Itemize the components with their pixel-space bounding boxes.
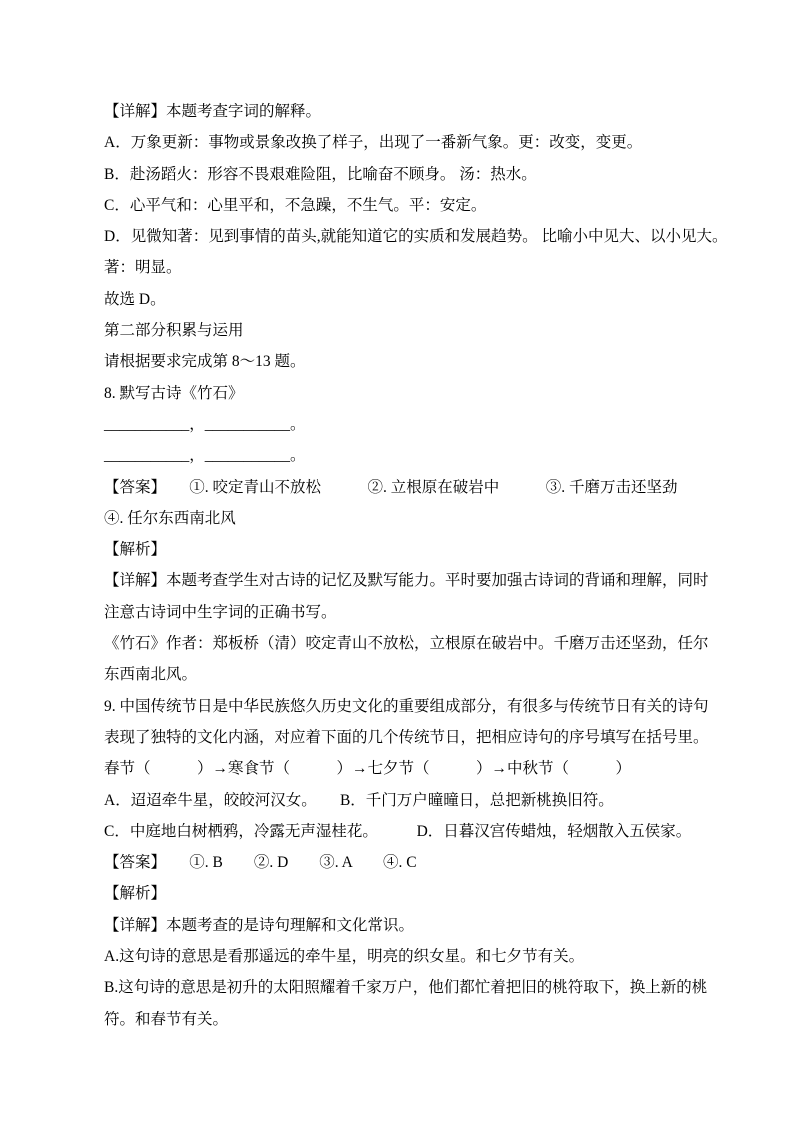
section2-instruction: 请根据要求完成第 8～13 题。 — [104, 346, 750, 377]
q9-analysis-label: 【解析】 — [104, 878, 750, 909]
q9-answer-line: 【答案】 ①. B ②. D ③. A ④. C — [104, 847, 750, 878]
q8-detail-line-2: 注意古诗词中生字词的正确书写。 — [104, 597, 750, 628]
q8-detail-line-1: 【详解】本题考查学生对古诗的记忆及默写能力。平时要加强古诗词的背诵和理解，同时 — [104, 565, 750, 596]
q8-analysis-label: 【解析】 — [104, 534, 750, 565]
q8-answer-line-1: 【答案】 ①. 咬定青山不放松 ②. 立根原在破岩中 ③. 千磨万击还坚劲 — [104, 472, 750, 503]
q9-detail-intro-line: 【详解】本题考查的是诗句理解和文化常识。 — [104, 910, 750, 941]
q9-options-cd-line: C．中庭地白树栖鸦，冷露无声湿桂花。 D．日暮汉宫传蜡烛，轻烟散入五侯家。 — [104, 816, 750, 847]
q9-explain-a-line: A.这句诗的意思是看那遥远的牵牛星，明亮的织女星。和七夕节有关。 — [104, 941, 750, 972]
q8-blank-line-2: ___________，___________。 — [104, 440, 750, 471]
document-page: 【详解】本题考查字词的解释。 A．万象更新：事物或景象改换了样子，出现了一番新气… — [0, 0, 794, 1123]
q7-option-b-line: B．赴汤蹈火：形容不畏艰难险阻，比喻奋不顾身。 汤：热水。 — [104, 159, 750, 190]
q7-detail-intro-line: 【详解】本题考查字词的解释。 — [104, 96, 750, 127]
q7-option-c-line: C．心平气和：心里平和，不急躁，不生气。平：安定。 — [104, 190, 750, 221]
q8-answer-line-2: ④. 任尔东西南北风 — [104, 503, 750, 534]
q7-conclusion-line: 故选 D。 — [104, 284, 750, 315]
q7-option-a-line: A．万象更新：事物或景象改换了样子，出现了一番新气象。更：改变，变更。 — [104, 127, 750, 158]
q9-options-ab-line: A．迢迢牵牛星，皎皎河汉女。 B．千门万户曈曈日，总把新桃换旧符。 — [104, 785, 750, 816]
q7-option-d-line: D．见微知著：见到事情的苗头,就能知道它的实质和发展趋势。 比喻小中见大、以小见… — [104, 221, 750, 252]
q8-title: 8. 默写古诗《竹石》 — [104, 378, 750, 409]
exam-document: 【详解】本题考查字词的解释。 A．万象更新：事物或景象改换了样子，出现了一番新气… — [104, 96, 750, 1035]
q9-title-line-1: 9. 中国传统节日是中华民族悠久历史文化的重要组成部分，有很多与传统节日有关的诗… — [104, 691, 750, 722]
q8-blank-line-1: ___________，___________。 — [104, 409, 750, 440]
q9-title-line-2: 表现了独特的文化内涵，对应着下面的几个传统节日，把相应诗句的序号填写在括号里。 — [104, 722, 750, 753]
q7-option-d-continuation-line: 著：明显。 — [104, 252, 750, 283]
q8-poem-line-1: 《竹石》作者：郑板桥（清）咬定青山不放松，立根原在破岩中。千磨万击还坚劲，任尔 — [104, 628, 750, 659]
section2-title: 第二部分积累与运用 — [104, 315, 750, 346]
q9-festival-sequence-line: 春节（ ）→寒食节（ ）→七夕节（ ）→中秋节（ ） — [104, 753, 750, 784]
q8-poem-line-2: 东西南北风。 — [104, 659, 750, 690]
q9-explain-b-line-2: 符。和春节有关。 — [104, 1004, 750, 1035]
q9-explain-b-line-1: B.这句诗的意思是初升的太阳照耀着千家万户，他们都忙着把旧的桃符取下，换上新的桃 — [104, 972, 750, 1003]
